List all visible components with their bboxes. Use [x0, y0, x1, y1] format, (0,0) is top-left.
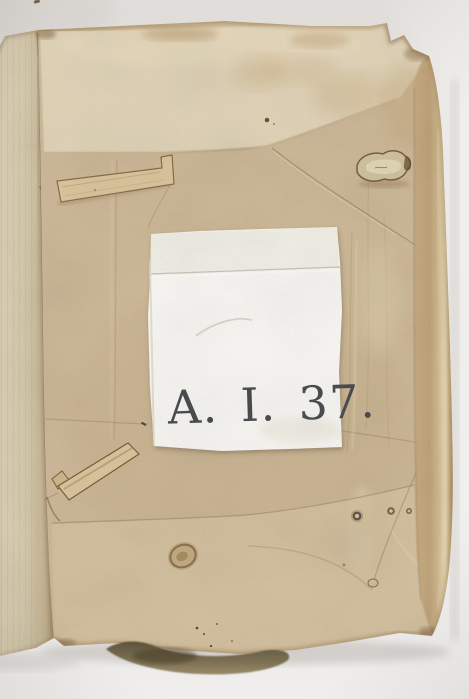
vignette [0, 0, 469, 699]
photo-scene: A. I. 37. [0, 0, 469, 699]
book-photo: A. I. 37. [0, 0, 469, 699]
